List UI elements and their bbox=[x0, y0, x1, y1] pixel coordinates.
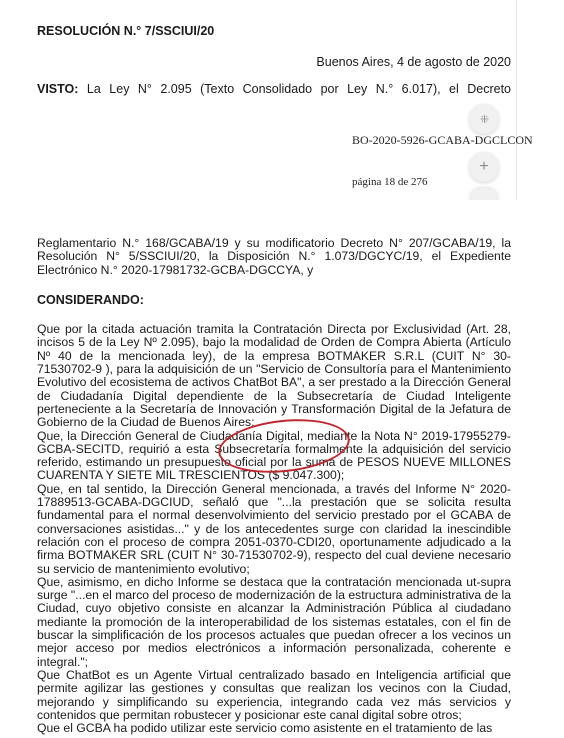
considerando-heading: CONSIDERANDO: bbox=[37, 294, 511, 307]
paragraph: Que ChatBot es un Agente Virtual central… bbox=[37, 669, 511, 722]
paragraph: Que, en tal sentido, la Dirección Genera… bbox=[37, 483, 511, 576]
paragraph: Que por la citada actuación tramita la C… bbox=[37, 323, 511, 429]
visto-text: La Ley N° 2.095 (Texto Consolidado por L… bbox=[87, 82, 511, 96]
resolution-title: RESOLUCIÓN N.° 7/SSCIUI/20 bbox=[37, 24, 214, 38]
collapse-button[interactable]: ⁜ bbox=[469, 104, 499, 134]
page-indicator: página 18 de 276 bbox=[352, 176, 427, 188]
paragraph: Que, la Dirección General de Ciudadanía … bbox=[37, 430, 511, 483]
viewer-border bbox=[516, 0, 517, 200]
document-id: BO-2020-5926-GCABA-DGCLCON bbox=[352, 133, 533, 148]
visto-line: VISTO: La Ley N° 2.095 (Texto Consolidad… bbox=[37, 82, 511, 96]
plus-icon: + bbox=[479, 158, 488, 176]
paragraph: Que el GCBA ha podido utilizar este serv… bbox=[37, 722, 511, 735]
visto-label: VISTO: bbox=[37, 82, 78, 96]
zoom-in-button[interactable]: + bbox=[469, 152, 499, 182]
viewer-header-area: RESOLUCIÓN N.° 7/SSCIUI/20 Buenos Aires,… bbox=[0, 0, 564, 200]
collapse-icon: ⁜ bbox=[480, 113, 488, 126]
visto-continuation: Reglamentario N.° 168/GCABA/19 y su modi… bbox=[37, 237, 511, 277]
paragraph: Que, asimismo, en dicho Informe se desta… bbox=[37, 576, 511, 669]
document-body: Reglamentario N.° 168/GCABA/19 y su modi… bbox=[37, 237, 511, 735]
zoom-out-button[interactable] bbox=[469, 188, 499, 200]
date-line: Buenos Aires, 4 de agosto de 2020 bbox=[316, 55, 511, 69]
